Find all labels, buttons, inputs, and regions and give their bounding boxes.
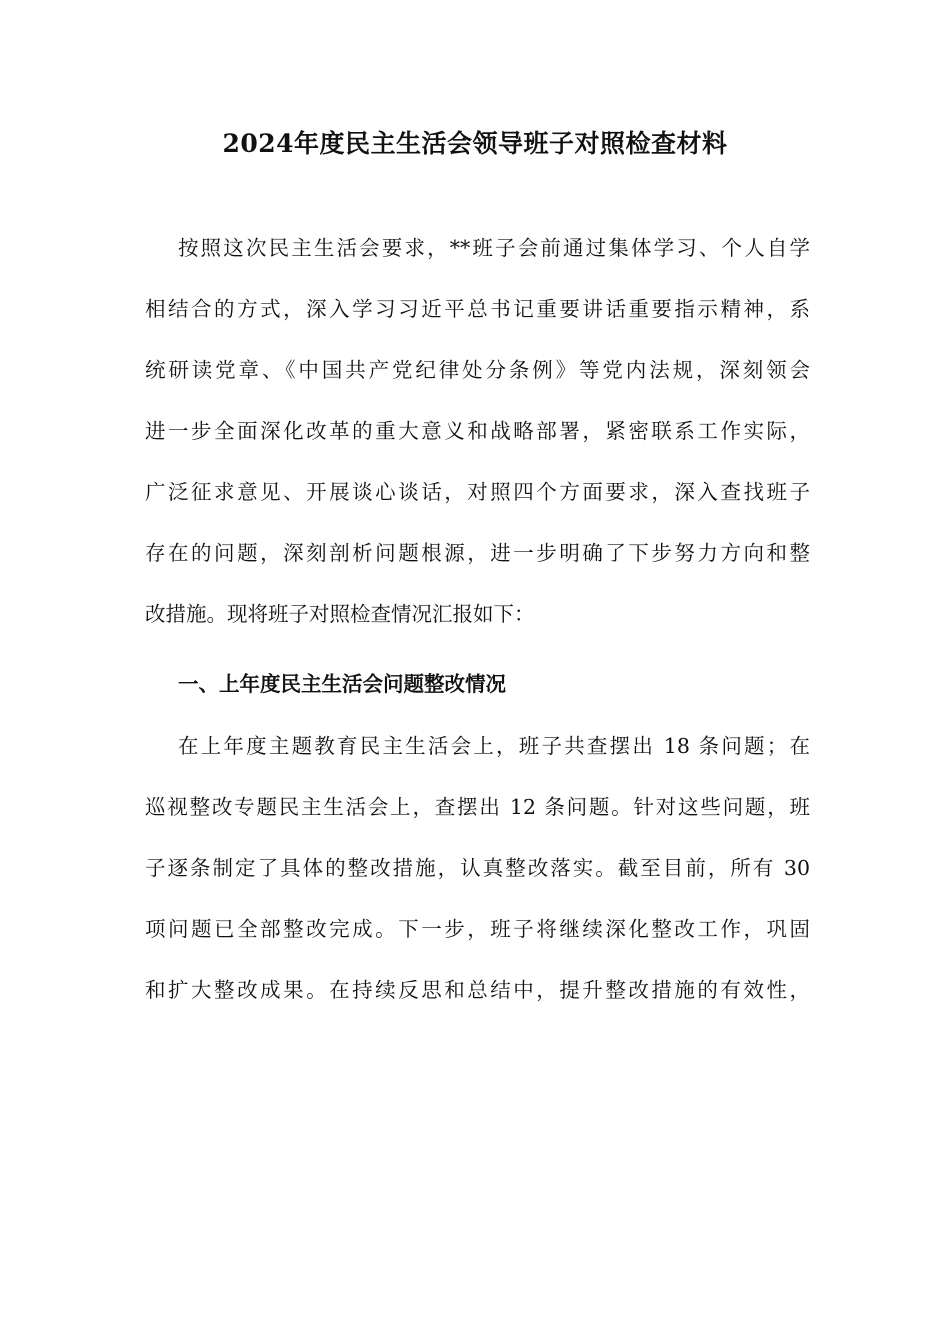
- paragraph-line: 广泛征求意见、开展谈心谈话，对照四个方面要求，深入查找班子: [145, 477, 810, 507]
- paragraph-line: 进一步全面深化改革的重大意义和战略部署，紧密联系工作实际，: [145, 416, 810, 446]
- paragraph-line: 按照这次民主生活会要求，**班子会前通过集体学习、个人自学: [178, 233, 810, 263]
- paragraph-line: 存在的问题，深刻剖析问题根源，进一步明确了下步努力方向和整: [145, 538, 810, 568]
- paragraph-line: 相结合的方式，深入学习习近平总书记重要讲话重要指示精神，系: [145, 294, 810, 324]
- document-page: 2024年度民主生活会领导班子对照检查材料 按照这次民主生活会要求，**班子会前…: [0, 0, 950, 1344]
- paragraph-line: 子逐条制定了具体的整改措施，认真整改落实。截至目前，所有 30: [145, 853, 810, 883]
- document-title: 2024年度民主生活会领导班子对照检查材料: [0, 126, 950, 162]
- paragraph-line: 改措施。现将班子对照检查情况汇报如下：: [145, 599, 810, 629]
- paragraph-line: 巡视整改专题民主生活会上，查摆出 12 条问题。针对这些问题，班: [145, 792, 810, 822]
- section-heading: 一、上年度民主生活会问题整改情况: [178, 669, 506, 699]
- paragraph-line: 项问题已全部整改完成。下一步，班子将继续深化整改工作，巩固: [145, 914, 810, 944]
- paragraph-line: 在上年度主题教育民主生活会上，班子共查摆出 18 条问题；在: [178, 731, 810, 761]
- paragraph-line: 统研读党章、《中国共产党纪律处分条例》等党内法规，深刻领会: [145, 355, 810, 385]
- paragraph-line: 和扩大整改成果。在持续反思和总结中，提升整改措施的有效性，: [145, 975, 810, 1005]
